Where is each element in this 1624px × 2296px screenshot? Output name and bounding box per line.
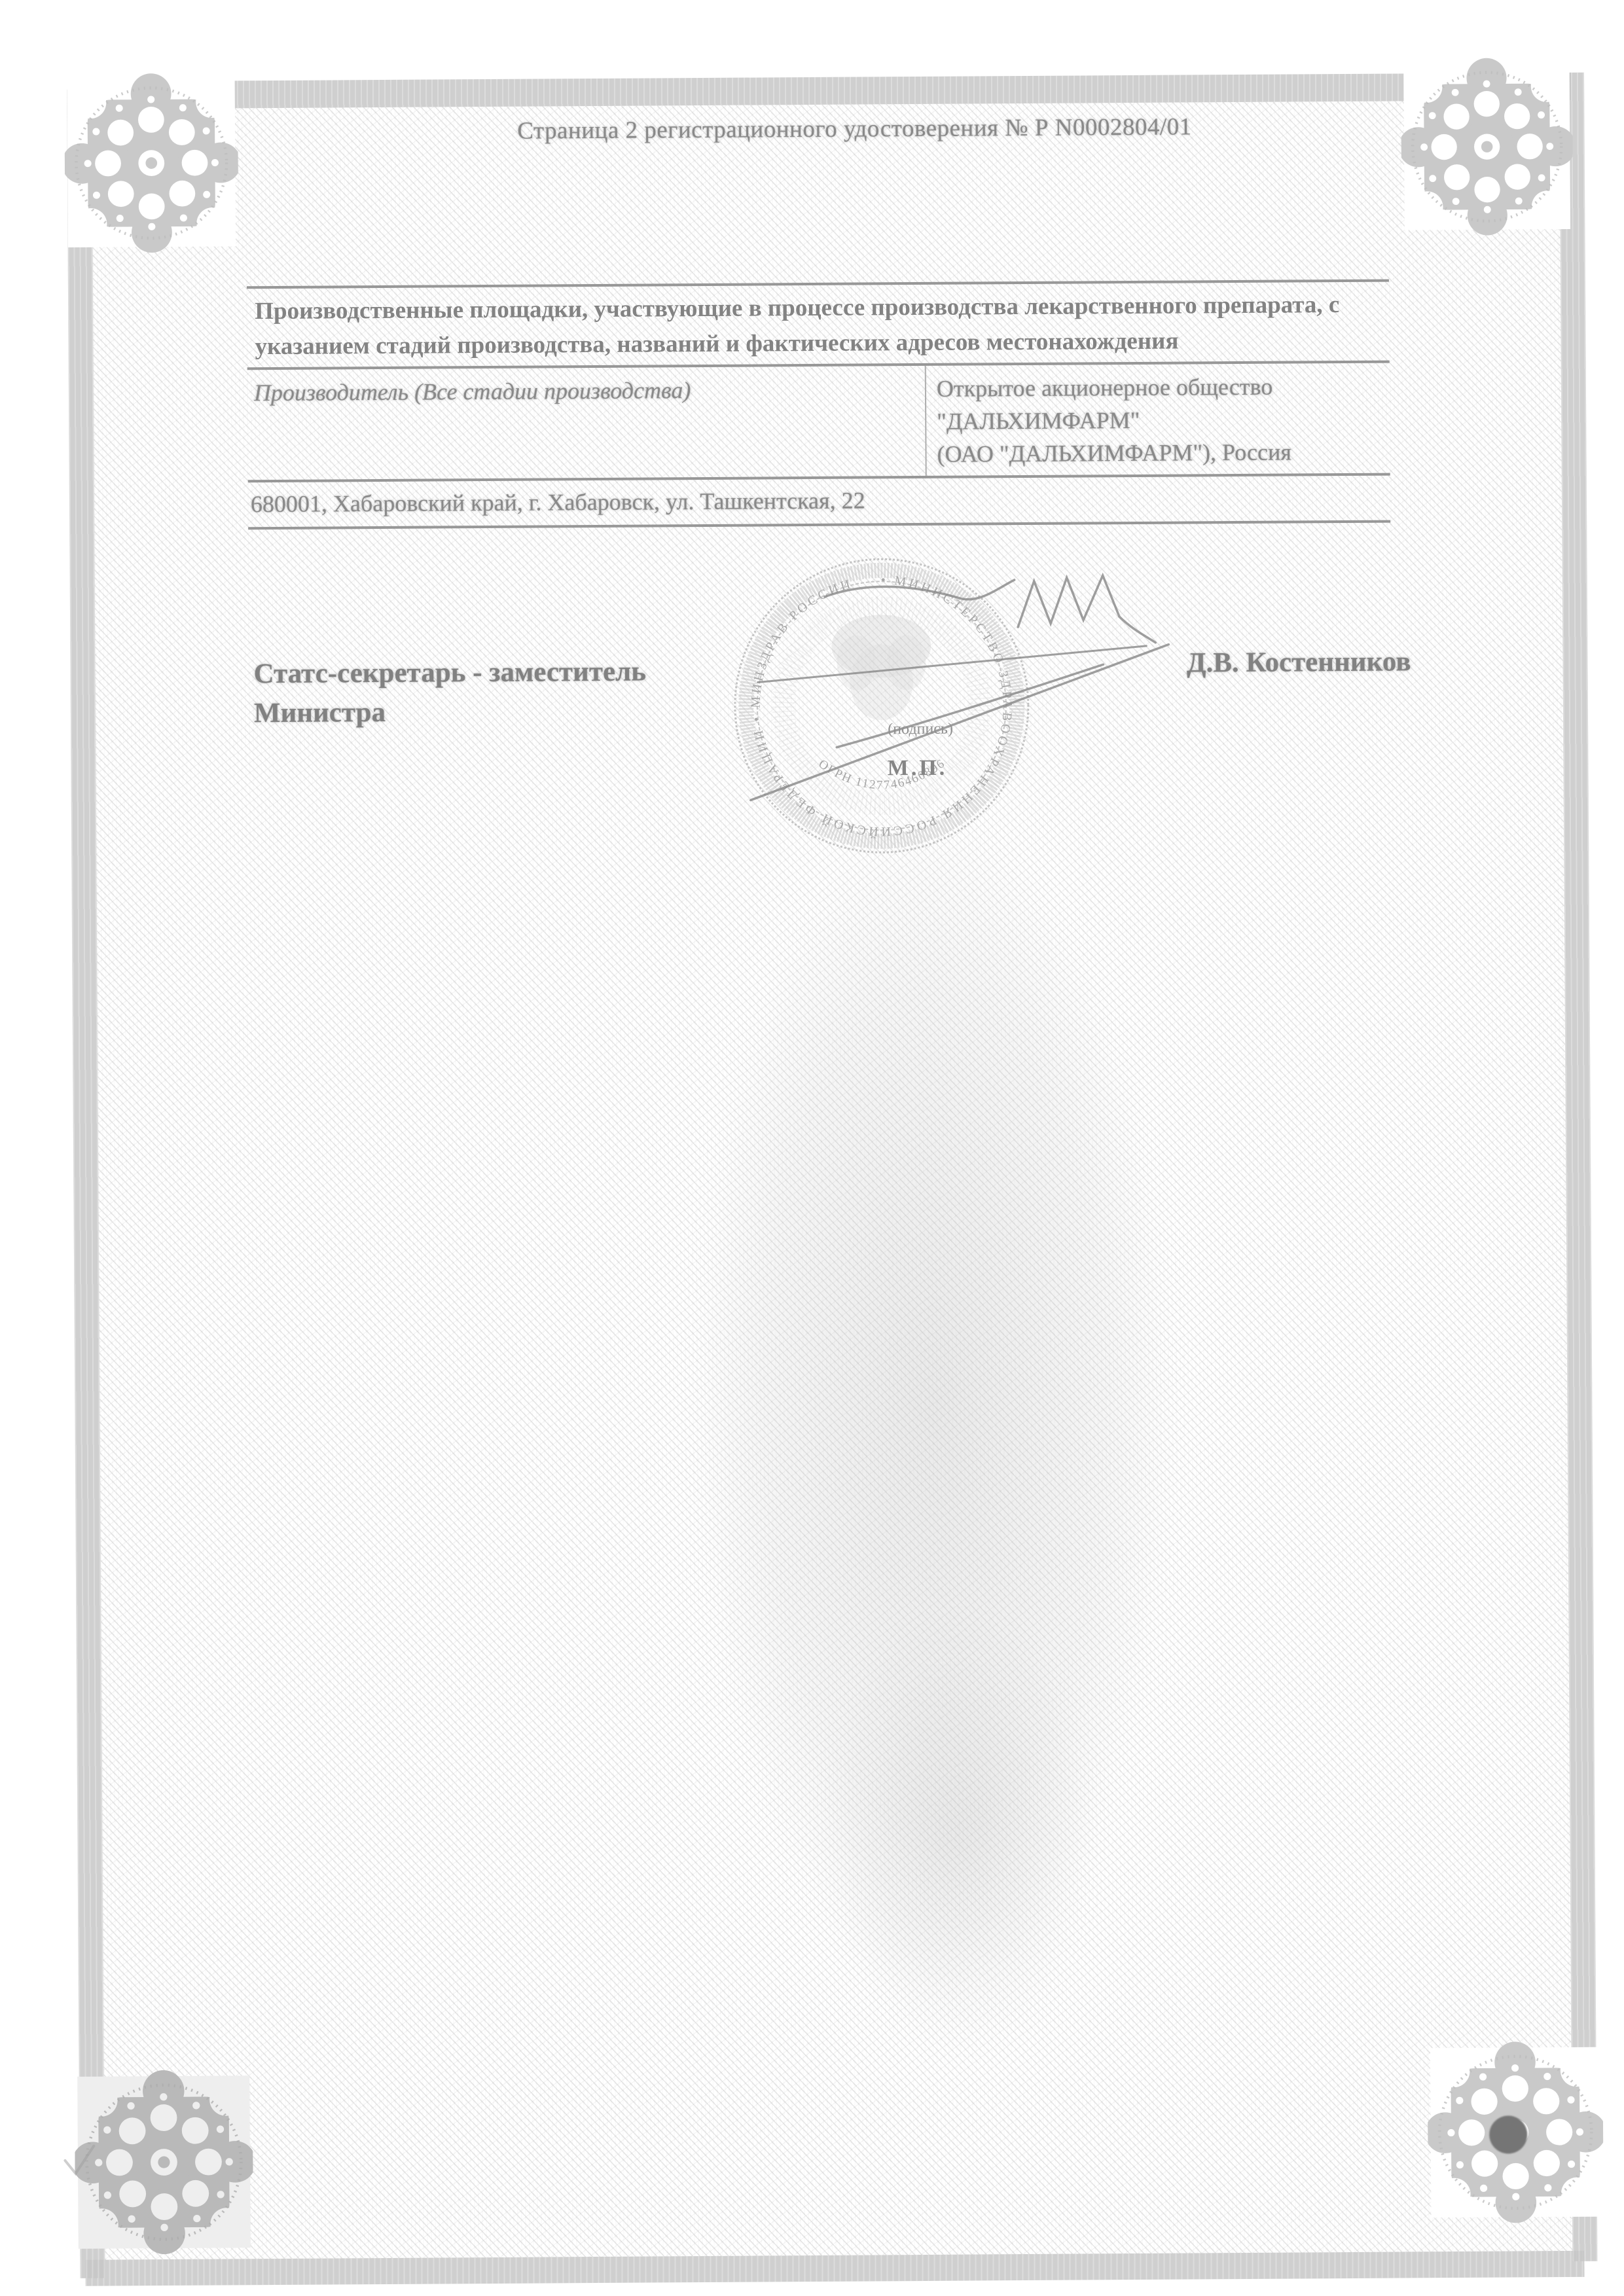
document-page: Страница 2 регистрационного удостоверени… xyxy=(0,0,1624,2296)
signature-line xyxy=(757,646,1146,683)
seal-place-mark: М.П. xyxy=(875,756,960,781)
producer-name-line: (ОАО "ДАЛЬХИМФАРМ"), Россия xyxy=(937,435,1384,471)
production-sites-table: Производственные площадки, участвующие в… xyxy=(247,279,1390,530)
producer-name-cell: Открытое акционерное общество "ДАЛЬХИМФА… xyxy=(925,363,1390,476)
producer-address-cell: 680001, Хабаровский край, г. Хабаровск, … xyxy=(248,476,1390,528)
table-row: Производитель (Все стадии производства) … xyxy=(247,363,1390,483)
handwritten-signature xyxy=(716,539,1471,845)
producer-name-line: "ДАЛЬХИМФАРМ" xyxy=(937,403,1384,438)
scanned-sheet: Страница 2 регистрационного удостоверени… xyxy=(0,0,1624,2296)
signer-name: Д.В. Костенников xyxy=(1096,645,1411,679)
pencil-mark xyxy=(57,2137,103,2183)
page-title: Страница 2 регистрационного удостоверени… xyxy=(386,112,1322,146)
guilloche-rosette-top-right xyxy=(1401,46,1574,247)
guilloche-rosette-top-left xyxy=(64,67,239,259)
signer-title-line2: Министра xyxy=(254,691,765,733)
producer-name-line: Открытое акционерное общество xyxy=(937,370,1384,405)
scan-haze xyxy=(775,1536,1145,2127)
signer-title: Статс-секретарь - заместитель Министра xyxy=(253,651,765,733)
table-header-cell: Производственные площадки, участвующие в… xyxy=(247,282,1390,370)
producer-role-cell: Производитель (Все стадии производства) xyxy=(247,366,926,480)
signer-title-line1: Статс-секретарь - заместитель xyxy=(253,651,764,694)
signature-caption: (подпись) xyxy=(865,720,976,738)
corner-ink-dot xyxy=(1489,2115,1527,2153)
